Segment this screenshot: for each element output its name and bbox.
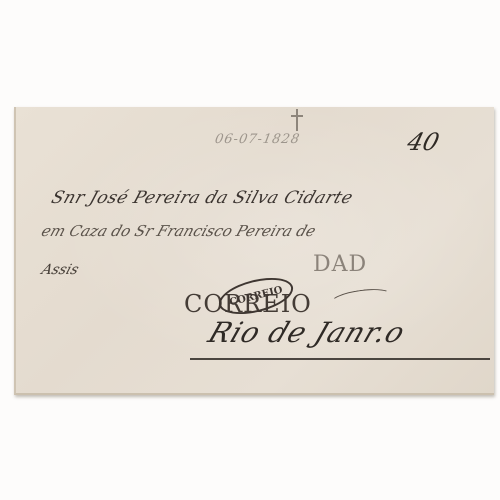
oval-postmark-text: CORREIO [228,284,283,308]
address-line-3: Assis [39,262,80,278]
cross-marking [296,109,298,131]
pencil-date: 06-07-1828 [214,132,302,147]
partial-postmark: DAD [313,252,367,277]
destination-underline [190,358,490,360]
address-line-2: em Caza do Sr Francisco Pereira de [39,222,318,240]
destination: Rio de Janr.o [204,316,410,349]
address-line-1: Snr José Pereira da Silva Cidarte [49,188,356,208]
